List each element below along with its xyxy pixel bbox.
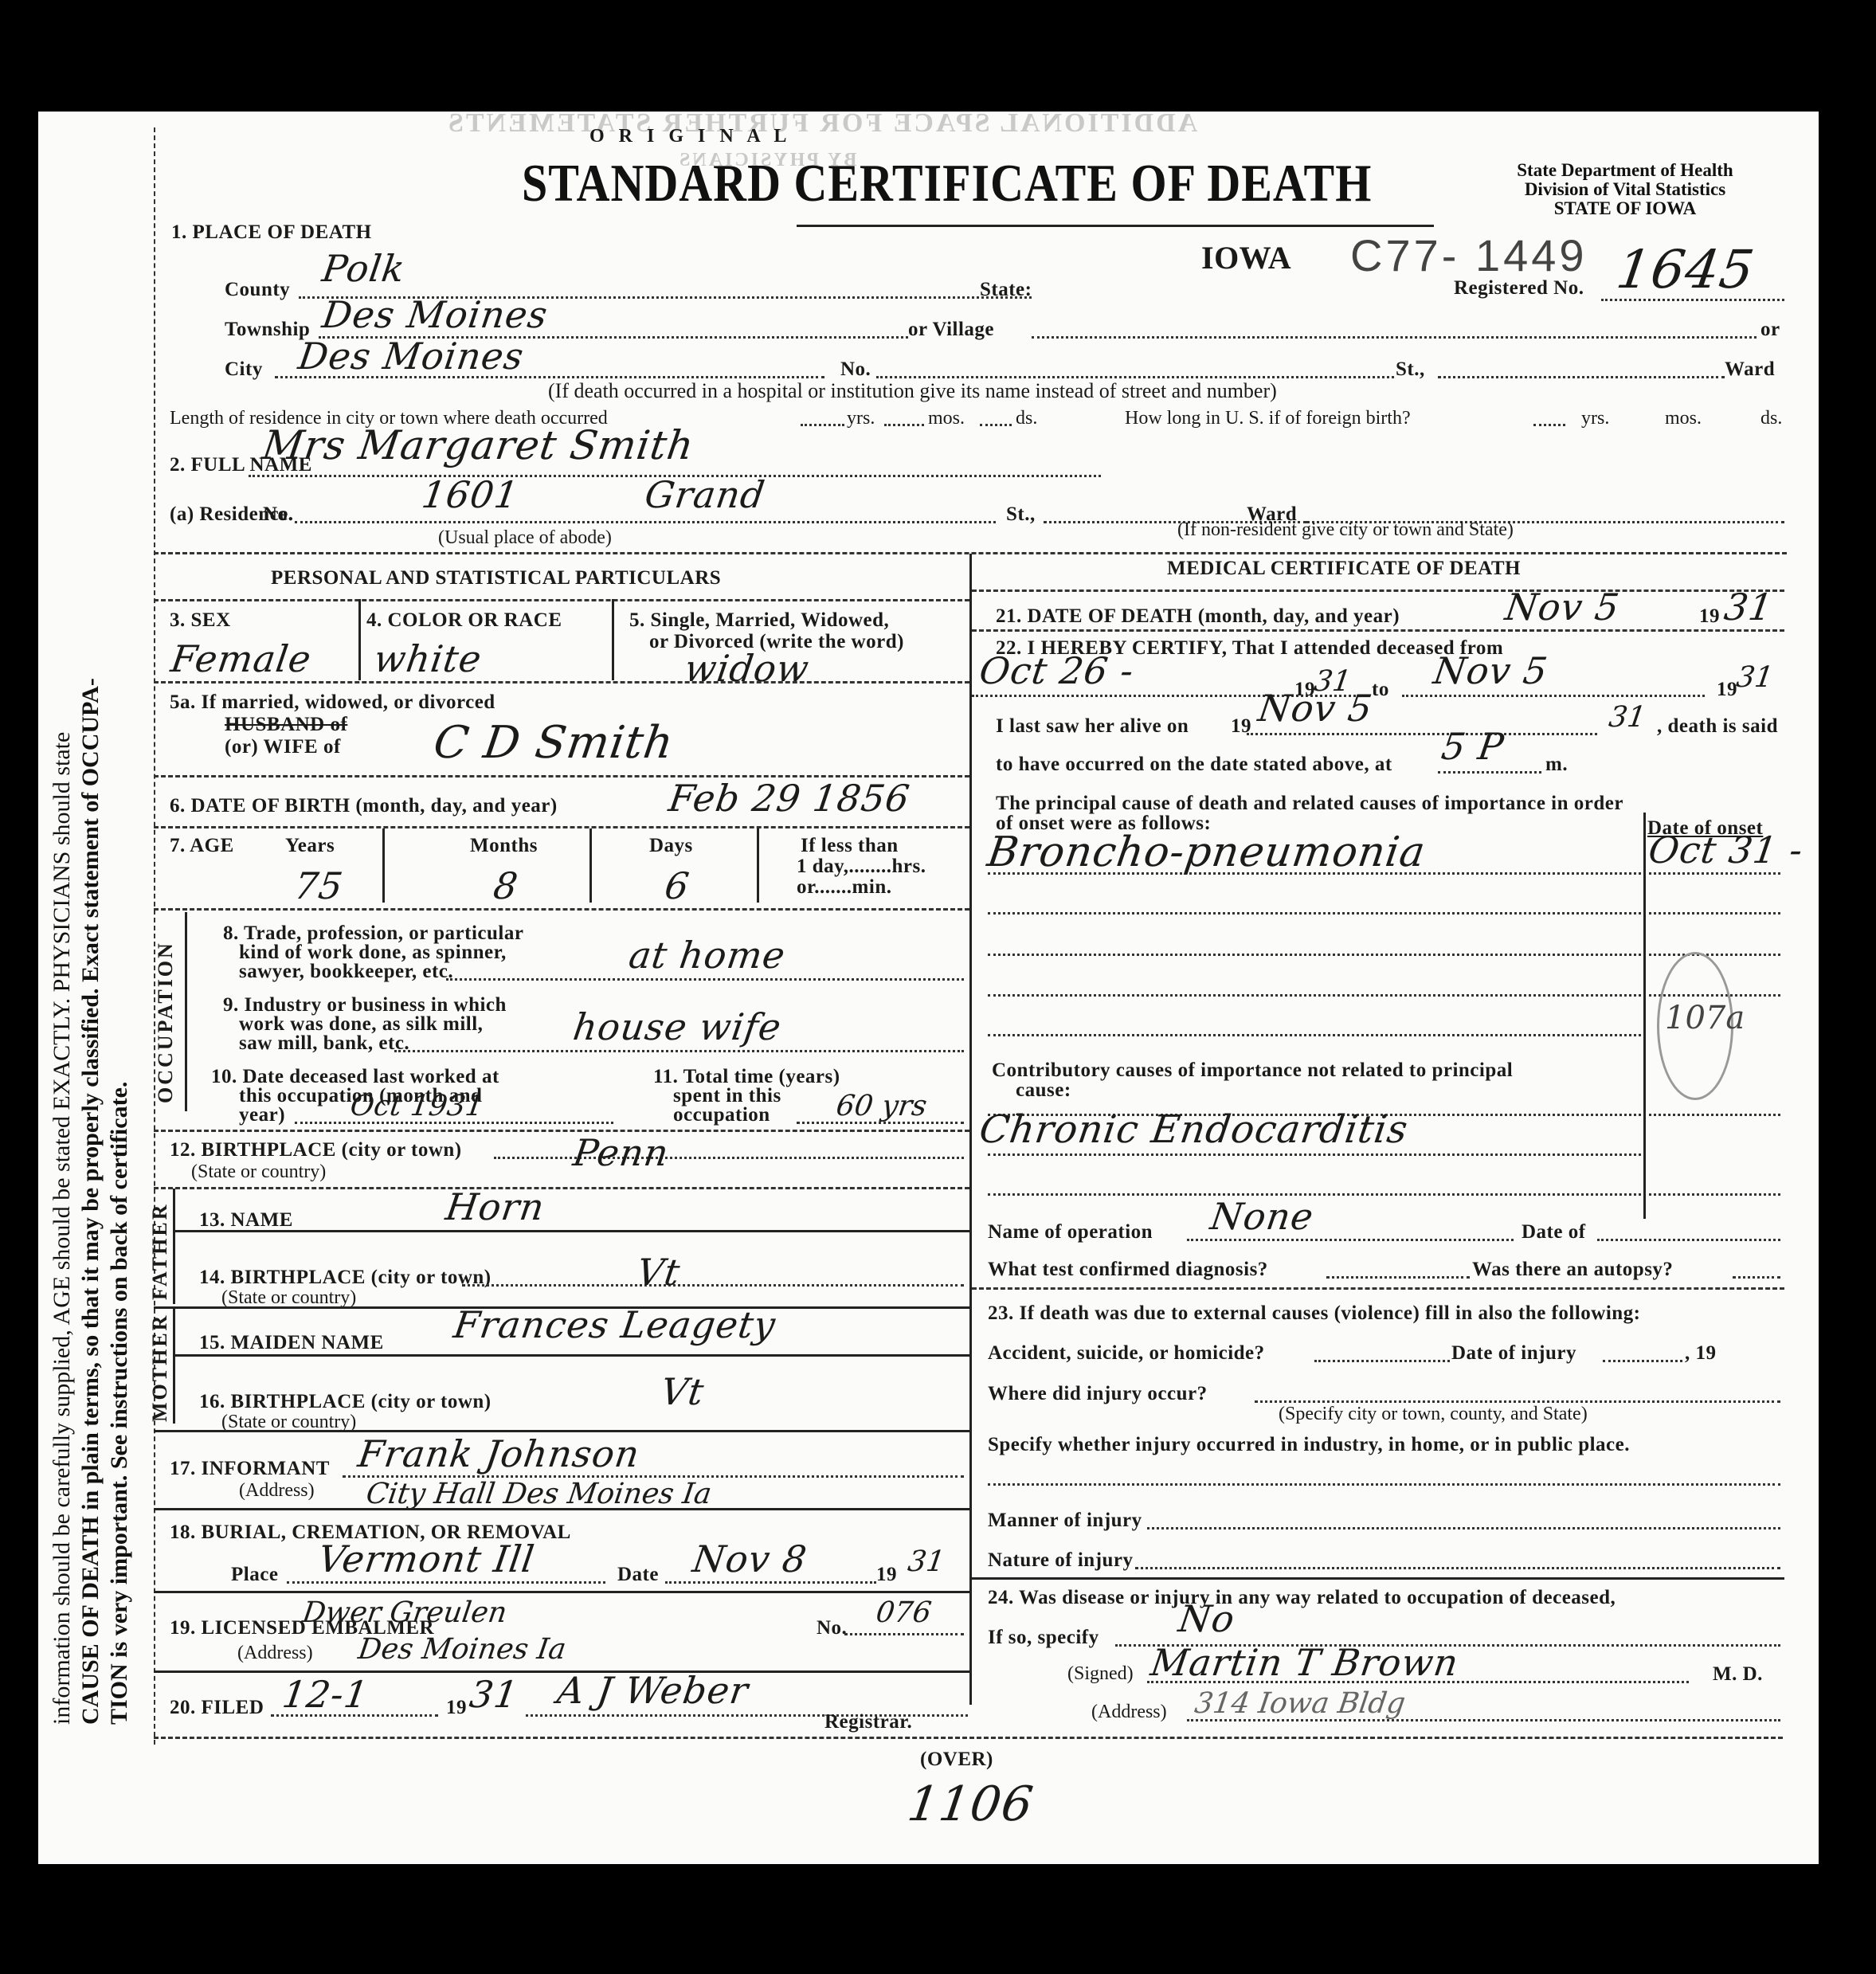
sex-label: 3. SEX: [170, 609, 231, 632]
death-said-label: , death is said: [1657, 715, 1778, 738]
form-left-border: [154, 127, 155, 1745]
years-label: Years: [285, 835, 335, 857]
informant-value: Frank Johnson: [355, 1432, 642, 1475]
operation-value: None: [1208, 1195, 1316, 1238]
department-line-3: STATE OF IOWA: [1458, 199, 1792, 218]
sex-value: Female: [168, 637, 314, 680]
external-label: 23. If death was due to external causes …: [988, 1302, 1641, 1325]
residence-no-label: No.: [263, 503, 293, 526]
less-than-1: If less than: [801, 835, 899, 857]
filed-date-value: 12-1: [280, 1673, 371, 1716]
principal-label-1: The principal cause of death and related…: [996, 793, 1623, 815]
spouse-label-2: HUSBAND of: [225, 714, 347, 736]
bleed-through-text: ADDITIONAL SPACE FOR FURTHER STATEMENTS: [446, 108, 1197, 139]
attended-to-value: Nov 5: [1431, 649, 1550, 692]
residence-no-value: 1601: [419, 473, 522, 516]
township-value: Des Moines: [319, 293, 550, 336]
residence-ds-label: ds.: [1016, 408, 1037, 429]
birthplace-value: Penn: [570, 1131, 672, 1174]
dob-value: Feb 29 1856: [666, 777, 913, 820]
department-line-2: Division of Vital Statistics: [1458, 180, 1792, 199]
physician-address-label: (Address): [1091, 1702, 1167, 1723]
last-saw-year-prefix: 19: [1231, 715, 1251, 738]
burial-place-label: Place: [231, 1564, 278, 1586]
city-value: Des Moines: [296, 335, 527, 378]
state-label: State:: [980, 279, 1032, 301]
column-divider: [969, 554, 972, 1705]
department-line-1: State Department of Health: [1458, 161, 1792, 180]
over-label: (OVER): [920, 1749, 993, 1771]
months-label: Months: [470, 835, 538, 857]
registrar-signature: A J Weber: [554, 1669, 751, 1712]
city-label: City: [225, 358, 263, 381]
state-stamp: IOWA: [1201, 239, 1291, 276]
where-note: (Specify city or town, county, and State…: [1279, 1404, 1588, 1425]
last-worked-label-3: year): [239, 1104, 285, 1126]
foreign-birth-label: How long in U. S. if of foreign birth?: [1125, 408, 1411, 429]
title-underline: [797, 225, 1434, 227]
city-st-label: St.,: [1396, 358, 1425, 381]
industry-value: house wife: [570, 1005, 784, 1048]
burial-year-value: 31: [906, 1545, 947, 1578]
less-than-3: or.......min.: [797, 876, 891, 899]
md-label: M. D.: [1713, 1663, 1763, 1686]
embalmer-no-label: No.: [817, 1617, 847, 1639]
physician-address-value: 314 Iowa Bldg: [1193, 1687, 1408, 1720]
race-label: 4. COLOR OR RACE: [366, 609, 562, 632]
full-name-value: Mrs Margaret Smith: [260, 422, 697, 468]
embalmer-value: Dwer Greulen: [300, 1596, 509, 1629]
date-injury-label: Date of injury: [1451, 1342, 1576, 1365]
operation-label: Name of operation: [988, 1221, 1153, 1244]
total-time-value: 60 yrs: [834, 1090, 929, 1122]
occurred-time-value: 5 P: [1439, 725, 1506, 768]
contributory-label-2: cause:: [1016, 1079, 1071, 1102]
physician-signature: Martin T Brown: [1148, 1641, 1461, 1684]
specify-label: Specify whether injury occurred in indus…: [988, 1434, 1630, 1456]
bottom-number: 1106: [904, 1776, 1037, 1832]
dod-value: Nov 5: [1502, 586, 1622, 629]
principal-onset-value: Oct 31 -: [1646, 828, 1806, 871]
mother-birthplace-value: Vt: [658, 1370, 707, 1413]
foreign-ds-label: ds.: [1760, 408, 1782, 429]
stamp-value: 107a: [1665, 1000, 1745, 1036]
trade-label-3: sawyer, bookkeeper, etc.: [239, 961, 453, 983]
spouse-value: C D Smith: [430, 717, 676, 769]
foreign-yrs-label: yrs.: [1581, 408, 1609, 429]
burial-date-label: Date: [617, 1564, 659, 1586]
registrar-label: Registrar.: [824, 1711, 912, 1733]
dod-label: 21. DATE OF DEATH (month, day, and year): [996, 605, 1400, 628]
burial-year-prefix: 19: [876, 1564, 897, 1586]
mother-side-label: MOTHER: [148, 1314, 172, 1422]
nature-label: Nature of injury: [988, 1549, 1134, 1572]
autopsy-label: Was there an autopsy?: [1472, 1259, 1673, 1281]
embalmer-address-value: Des Moines Ia: [356, 1633, 568, 1666]
dob-label: 6. DATE OF BIRTH (month, day, and year): [170, 795, 558, 817]
where-label: Where did injury occur?: [988, 1383, 1208, 1405]
years-value: 75: [292, 864, 346, 907]
manner-label: Manner of injury: [988, 1510, 1142, 1532]
if-so-label: If so, specify: [988, 1627, 1099, 1649]
dod-year-prefix: 19: [1699, 605, 1720, 628]
father-birthplace-value: Vt: [634, 1251, 683, 1294]
father-name-value: Horn: [443, 1185, 547, 1228]
age-label: 7. AGE: [170, 835, 234, 857]
last-worked-value: Oct 1931: [348, 1090, 486, 1122]
embalmer-address-label: (Address): [237, 1643, 313, 1664]
filed-label: 20. FILED: [170, 1697, 264, 1719]
margin-line-3: TION is very important. See instructions…: [105, 123, 134, 1725]
spouse-label-1: 5a. If married, widowed, or divorced: [170, 691, 495, 714]
father-name-label: 13. NAME: [199, 1209, 293, 1232]
abode-note: (Usual place of abode): [438, 527, 612, 549]
burial-date-value: Nov 8: [690, 1537, 809, 1580]
dod-year-value: 31: [1721, 586, 1776, 629]
margin-instructions: information should be carefully supplied…: [48, 123, 134, 1725]
accident-label: Accident, suicide, or homicide?: [988, 1342, 1265, 1365]
industry-label-3: saw mill, bank, etc.: [239, 1032, 409, 1055]
maiden-name-value: Frances Leagety: [451, 1303, 778, 1346]
residence-street-value: Grand: [642, 473, 768, 516]
county-value: Polk: [319, 247, 408, 290]
hospital-note: (If death occurred in a hospital or inst…: [548, 379, 1277, 403]
total-time-label-3: occupation: [673, 1104, 770, 1126]
medical-heading: MEDICAL CERTIFICATE OF DEATH: [1167, 558, 1521, 580]
m-label: m.: [1545, 754, 1568, 776]
burial-place-value: Vermont Ill: [315, 1537, 537, 1580]
margin-line-1: information should be carefully supplied…: [48, 123, 76, 1725]
days-label: Days: [649, 835, 693, 857]
contributory-label-1: Contributory causes of importance not re…: [992, 1059, 1513, 1082]
filed-year-value: 31: [467, 1673, 521, 1716]
if-so-value: No: [1176, 1597, 1238, 1640]
birthplace-label: 12. BIRTHPLACE (city or town): [170, 1139, 462, 1161]
residence-mos-label: mos.: [928, 408, 965, 429]
maiden-name-label: 15. MAIDEN NAME: [199, 1332, 384, 1354]
embalmer-no-value: 076: [874, 1596, 933, 1629]
village-label: or Village: [908, 319, 994, 341]
file-number-stamp: C77- 1449: [1350, 229, 1588, 281]
contributory-value: Chronic Endocarditis: [977, 1107, 1411, 1152]
city-ward-label: Ward: [1725, 358, 1775, 381]
race-value: white: [371, 637, 484, 680]
informant-address-value: City Hall Des Moines Ia: [364, 1478, 714, 1510]
attended-from-value: Oct 26 -: [977, 649, 1137, 692]
place-of-death-heading: 1. PLACE OF DEATH: [171, 221, 372, 244]
father-side-label: FATHER: [148, 1203, 172, 1300]
attended-to-year: 31: [1734, 661, 1776, 694]
date-of-label: Date of: [1522, 1221, 1586, 1244]
county-label: County: [225, 279, 290, 301]
margin-line-2: CAUSE OF DEATH in plain terms, so that i…: [76, 123, 105, 1725]
township-label: Township: [225, 319, 310, 341]
father-birthplace-label: 14. BIRTHPLACE (city or town): [199, 1267, 492, 1289]
non-resident-note: (If non-resident give city or town and S…: [1177, 519, 1514, 541]
marital-label-1: 5. Single, Married, Widowed,: [629, 609, 889, 632]
birthplace-sub-label: (State or country): [191, 1161, 326, 1183]
foreign-mos-label: mos.: [1665, 408, 1702, 429]
certificate-title: STANDARD CERTIFICATE OF DEATH: [522, 152, 1372, 213]
related-label: 24. Was disease or injury in any way rel…: [988, 1587, 1616, 1609]
trade-value: at home: [626, 934, 788, 977]
less-than-2: 1 day,........hrs.: [797, 856, 926, 878]
last-saw-value: Nov 5: [1255, 687, 1375, 730]
registered-no-label: Registered No.: [1454, 277, 1584, 300]
original-stamp: O R I G I N A L: [589, 126, 791, 147]
signed-label: (Signed): [1067, 1663, 1134, 1685]
mother-birthplace-label: 16. BIRTHPLACE (city or town): [199, 1391, 492, 1413]
department-heading: State Department of Health Division of V…: [1458, 161, 1792, 218]
filed-year-prefix: 19: [446, 1697, 467, 1719]
or-label: or: [1760, 319, 1780, 341]
principal-cause-value: Broncho-pneumonia: [985, 828, 1429, 876]
father-birthplace-sub: (State or country): [221, 1287, 356, 1309]
personal-heading: PERSONAL AND STATISTICAL PARTICULARS: [271, 567, 721, 589]
occupation-side-label: OCCUPATION: [154, 941, 178, 1103]
test-label: What test confirmed diagnosis?: [988, 1259, 1268, 1281]
residence-yrs-label: yrs.: [847, 408, 875, 429]
last-saw-year: 31: [1607, 701, 1648, 734]
residence-st-label: St.,: [1006, 503, 1036, 526]
informant-label: 17. INFORMANT: [170, 1458, 330, 1480]
city-no-label: No.: [840, 358, 871, 381]
occurred-label: to have occurred on the date stated abov…: [996, 754, 1392, 776]
spouse-label-3: (or) WIFE of: [225, 736, 341, 758]
last-saw-label: I last saw her alive on: [996, 715, 1189, 738]
date-injury-year: , 19: [1685, 1342, 1717, 1365]
registered-no-value: 1645: [1613, 239, 1759, 300]
informant-address-label: (Address): [239, 1480, 315, 1502]
